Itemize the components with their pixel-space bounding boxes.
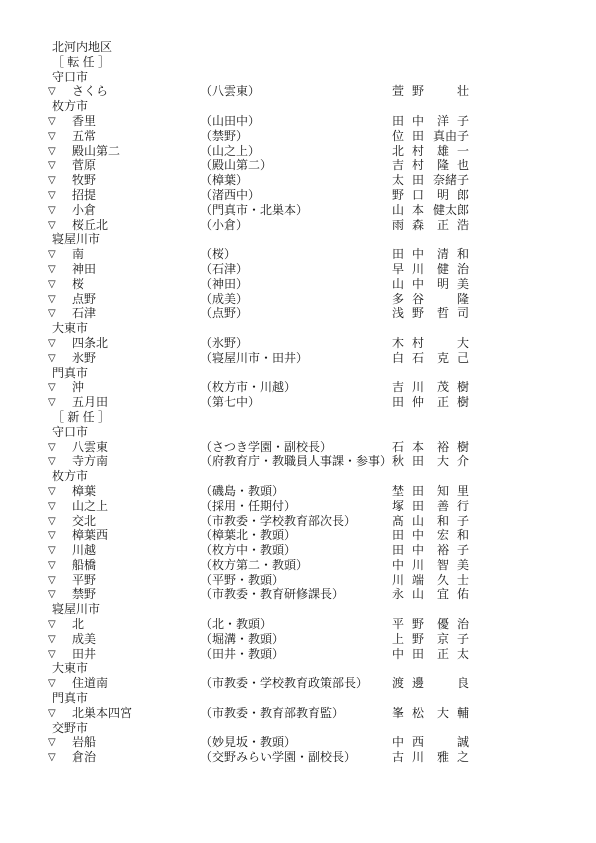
given-name-char: 正 xyxy=(437,218,449,233)
given-name-char: 治 xyxy=(457,262,469,277)
triangle-marker: ▽ xyxy=(48,85,56,98)
triangle-marker: ▽ xyxy=(48,515,56,528)
given-name: 洋子 xyxy=(437,114,469,129)
family-name-char: 村 xyxy=(412,158,424,173)
given-name-char: 一 xyxy=(457,144,469,159)
given-name-char: 洋 xyxy=(437,114,449,129)
person-name: 峯松大輔 xyxy=(392,706,469,721)
given-name-char: 由 xyxy=(445,129,457,144)
family-name-char: 早 xyxy=(392,262,404,277)
transfer-row: ▽四条北（氷野）木村大 xyxy=(0,336,596,351)
transfer-row: ▽氷野（寝屋川市・田井）白石克己 xyxy=(0,351,596,366)
family-name: 吉村 xyxy=(392,158,424,173)
person-name: 渡邊良 xyxy=(392,676,469,691)
family-name: 山本 xyxy=(392,203,424,218)
previous-post: （八雲東） xyxy=(200,84,260,99)
given-name: 智美 xyxy=(437,558,469,573)
transfer-row: ▽神田（石津）早川健治 xyxy=(0,262,596,277)
given-name-char: 子 xyxy=(457,514,469,529)
previous-post: （寝屋川市・田井） xyxy=(200,351,308,366)
given-name: 奈緒子 xyxy=(433,173,469,188)
region-title: 北河内地区 xyxy=(0,40,596,55)
previous-post: （交野みらい学園・副校長） xyxy=(200,750,356,765)
triangle-marker: ▽ xyxy=(48,307,56,320)
previous-post: （市教委・学校教育部次長） xyxy=(200,514,356,529)
family-name-char: 田 xyxy=(412,173,424,188)
given-name: 健治 xyxy=(437,262,469,277)
given-name: 雄一 xyxy=(437,144,469,159)
family-name-char: 田 xyxy=(412,499,424,514)
triangle-marker: ▽ xyxy=(48,588,56,601)
family-name: 峯松 xyxy=(392,706,424,721)
school-name: 岩船 xyxy=(72,735,96,750)
triangle-marker: ▽ xyxy=(48,263,56,276)
transfer-row: ▽寺方南（府教育庁・教職員人事課・参事）秋田大介 xyxy=(0,454,596,469)
given-name-char: 浩 xyxy=(457,218,469,233)
city-header: 門真市 xyxy=(0,366,596,381)
given-name: 哲司 xyxy=(437,306,469,321)
family-name-char: 端 xyxy=(412,573,424,588)
triangle-marker: ▽ xyxy=(48,130,56,143)
family-name-char: 浅 xyxy=(392,306,404,321)
given-name: 正浩 xyxy=(437,218,469,233)
city-header: 門真市 xyxy=(0,691,596,706)
person-name: 田中清和 xyxy=(392,247,469,262)
transfer-row: ▽五常（禁野）位田真由子 xyxy=(0,129,596,144)
person-name: 川端久士 xyxy=(392,573,469,588)
given-name-char: 和 xyxy=(457,528,469,543)
family-name: 上野 xyxy=(392,632,424,647)
previous-post: （石津） xyxy=(200,262,248,277)
family-name-char: 邊 xyxy=(412,676,424,691)
family-name-char: 田 xyxy=(392,395,404,410)
person-name: 古川雅之 xyxy=(392,750,469,765)
person-name: 中西誠 xyxy=(392,735,469,750)
family-name: 白石 xyxy=(392,351,424,366)
triangle-marker: ▽ xyxy=(48,500,56,513)
triangle-marker: ▽ xyxy=(48,248,56,261)
family-name-char: 木 xyxy=(392,336,404,351)
given-name-char: 樹 xyxy=(457,440,469,455)
given-name-char: 茂 xyxy=(437,380,449,395)
section-header: ［ 転 任 ］ xyxy=(0,55,596,70)
given-name: 隆 xyxy=(437,292,469,307)
person-name: 多谷隆 xyxy=(392,292,469,307)
school-name: 香里 xyxy=(72,114,96,129)
given-name: 清和 xyxy=(437,247,469,262)
family-name-char: 中 xyxy=(412,114,424,129)
given-name-char: 健 xyxy=(437,262,449,277)
person-name: 中川智美 xyxy=(392,558,469,573)
family-name-char: 山 xyxy=(412,514,424,529)
transfer-row: ▽牧野（樟葉）太田奈緒子 xyxy=(0,173,596,188)
previous-post: （枚方中・教頭） xyxy=(200,543,296,558)
family-name-char: 北 xyxy=(392,144,404,159)
given-name: 大輔 xyxy=(437,706,469,721)
previous-post: （氷野） xyxy=(200,336,248,351)
family-name-char: 仲 xyxy=(412,395,424,410)
family-name-char: 松 xyxy=(412,706,424,721)
school-name: 点野 xyxy=(72,292,96,307)
family-name-char: 山 xyxy=(412,587,424,602)
school-name: 南 xyxy=(72,247,84,262)
given-name: 裕子 xyxy=(437,543,469,558)
family-name: 多谷 xyxy=(392,292,424,307)
family-name: 吉川 xyxy=(392,380,424,395)
given-name-char: 大 xyxy=(437,454,449,469)
given-name-char: 司 xyxy=(457,306,469,321)
city-header: 大東市 xyxy=(0,321,596,336)
person-name: 田中宏和 xyxy=(392,528,469,543)
school-name: 川越 xyxy=(72,543,96,558)
family-name-char: 位 xyxy=(392,129,404,144)
given-name-char: 壮 xyxy=(457,84,469,99)
triangle-marker: ▽ xyxy=(48,736,56,749)
given-name-char: 宏 xyxy=(437,528,449,543)
given-name-char: 隆 xyxy=(457,292,469,307)
previous-post: （渚西中） xyxy=(200,188,260,203)
family-name-char: 渡 xyxy=(392,676,404,691)
triangle-marker: ▽ xyxy=(48,633,56,646)
given-name-char: 太 xyxy=(457,647,469,662)
transfer-row: ▽北巣本四宮（市教委・教育部教育監）峯松大輔 xyxy=(0,706,596,721)
school-name: 平野 xyxy=(72,573,96,588)
school-name: 桜 xyxy=(72,277,84,292)
family-name: 中西 xyxy=(392,735,424,750)
family-name: 田仲 xyxy=(392,395,424,410)
school-name: 樟葉西 xyxy=(72,528,108,543)
school-name: 成美 xyxy=(72,632,96,647)
triangle-marker: ▽ xyxy=(48,485,56,498)
triangle-marker: ▽ xyxy=(48,574,56,587)
family-name: 塚田 xyxy=(392,499,424,514)
given-name: 宜佑 xyxy=(437,587,469,602)
school-name: 禁野 xyxy=(72,587,96,602)
given-name: 正樹 xyxy=(437,395,469,410)
family-name-char: 口 xyxy=(412,188,424,203)
family-name: 萱野 xyxy=(392,84,424,99)
family-name-char: 中 xyxy=(392,558,404,573)
family-name-char: 本 xyxy=(412,203,424,218)
transfer-row: ▽桜丘北（小倉）雨森正浩 xyxy=(0,218,596,233)
family-name-char: 埜 xyxy=(392,484,404,499)
person-name: 浅野哲司 xyxy=(392,306,469,321)
school-name: 田井 xyxy=(72,647,96,662)
family-name-char: 中 xyxy=(412,247,424,262)
school-name: さくら xyxy=(72,84,108,99)
triangle-marker: ▽ xyxy=(48,159,56,172)
person-name: 永山宜佑 xyxy=(392,587,469,602)
person-name: 位田真由子 xyxy=(392,129,469,144)
previous-post: （枚方第二・教頭） xyxy=(200,558,308,573)
given-name: 京子 xyxy=(437,632,469,647)
family-name-char: 田 xyxy=(412,454,424,469)
given-name: 大 xyxy=(437,336,469,351)
family-name-char: 田 xyxy=(392,543,404,558)
given-name-char: 明 xyxy=(437,188,449,203)
transfer-row: ▽田井（田井・教頭）中田正太 xyxy=(0,647,596,662)
person-name: 吉川茂樹 xyxy=(392,380,469,395)
given-name-char: 知 xyxy=(437,484,449,499)
given-name-char: 里 xyxy=(457,484,469,499)
given-name: 知里 xyxy=(437,484,469,499)
family-name-char: 中 xyxy=(392,735,404,750)
given-name: 隆也 xyxy=(437,158,469,173)
school-name: 四条北 xyxy=(72,336,108,351)
family-name-char: 吉 xyxy=(392,380,404,395)
family-name-char: 永 xyxy=(392,587,404,602)
family-name: 秋田 xyxy=(392,454,424,469)
family-name-char: 野 xyxy=(412,306,424,321)
given-name: 大介 xyxy=(437,454,469,469)
document-page: 北河内地区［ 転 任 ］守口市▽さくら（八雲東）萱野壮枚方市▽香里（山田中）田中… xyxy=(0,0,596,843)
triangle-marker: ▽ xyxy=(48,352,56,365)
transfer-row: ▽交北（市教委・学校教育部次長）髙山和子 xyxy=(0,514,596,529)
city-header: 守口市 xyxy=(0,425,596,440)
given-name-char: 清 xyxy=(437,247,449,262)
family-name-char: 萱 xyxy=(392,84,404,99)
person-name: 吉村隆也 xyxy=(392,158,469,173)
given-name-char: 子 xyxy=(457,129,469,144)
family-name: 位田 xyxy=(392,129,424,144)
city-header: 交野市 xyxy=(0,721,596,736)
previous-post: （殿山第二） xyxy=(200,158,272,173)
person-name: 木村大 xyxy=(392,336,469,351)
previous-post: （堀溝・教頭） xyxy=(200,632,284,647)
triangle-marker: ▽ xyxy=(48,145,56,158)
family-name: 田中 xyxy=(392,528,424,543)
given-name-char: 美 xyxy=(457,558,469,573)
school-name: 小倉 xyxy=(72,203,96,218)
triangle-marker: ▽ xyxy=(48,219,56,232)
family-name-char: 本 xyxy=(412,440,424,455)
school-name: 菅原 xyxy=(72,158,96,173)
city-header: 枚方市 xyxy=(0,469,596,484)
family-name-char: 太 xyxy=(392,173,404,188)
family-name: 早川 xyxy=(392,262,424,277)
family-name: 木村 xyxy=(392,336,424,351)
family-name: 川端 xyxy=(392,573,424,588)
family-name-char: 谷 xyxy=(412,292,424,307)
given-name-char: 郎 xyxy=(457,188,469,203)
previous-post: （第七中） xyxy=(200,395,260,410)
family-name: 田中 xyxy=(392,114,424,129)
transfer-row: ▽倉治（交野みらい学園・副校長）古川雅之 xyxy=(0,750,596,765)
previous-post: （田井・教頭） xyxy=(200,647,284,662)
school-name: 五月田 xyxy=(72,395,108,410)
family-name-char: 中 xyxy=(412,277,424,292)
family-name-char: 野 xyxy=(412,632,424,647)
given-name-char: 真 xyxy=(433,129,445,144)
given-name-char: 樹 xyxy=(457,395,469,410)
transfer-row: ▽沖（枚方市・川越）吉川茂樹 xyxy=(0,380,596,395)
person-name: 雨森正浩 xyxy=(392,218,469,233)
previous-post: （さつき学園・副校長） xyxy=(200,440,332,455)
school-name: 氷野 xyxy=(72,351,96,366)
triangle-marker: ▽ xyxy=(48,204,56,217)
family-name-char: 田 xyxy=(412,647,424,662)
family-name-char: 田 xyxy=(392,114,404,129)
school-name: 寺方南 xyxy=(72,454,108,469)
transfer-row: ▽北（北・教頭）平野優治 xyxy=(0,617,596,632)
given-name-char: 輔 xyxy=(457,706,469,721)
family-name: 太田 xyxy=(392,173,424,188)
triangle-marker: ▽ xyxy=(48,677,56,690)
given-name: 明郎 xyxy=(437,188,469,203)
school-name: 山之上 xyxy=(72,499,108,514)
given-name-char: 正 xyxy=(437,395,449,410)
transfer-row: ▽船橋（枚方第二・教頭）中川智美 xyxy=(0,558,596,573)
triangle-marker: ▽ xyxy=(48,648,56,661)
school-name: 五常 xyxy=(72,129,96,144)
school-name: 神田 xyxy=(72,262,96,277)
transfer-row: ▽点野（成美）多谷隆 xyxy=(0,292,596,307)
family-name-char: 野 xyxy=(412,84,424,99)
given-name: 正太 xyxy=(437,647,469,662)
given-name: 和子 xyxy=(437,514,469,529)
transfer-row: ▽山之上（採用・任期付）塚田善行 xyxy=(0,499,596,514)
family-name: 埜田 xyxy=(392,484,424,499)
triangle-marker: ▽ xyxy=(48,396,56,409)
given-name-char: 也 xyxy=(457,158,469,173)
given-name: 優治 xyxy=(437,617,469,632)
previous-post: （市教委・教育研修課長） xyxy=(200,587,344,602)
person-name: 田中洋子 xyxy=(392,114,469,129)
person-name: 白石克己 xyxy=(392,351,469,366)
transfer-row: ▽小倉（門真市・北巣本）山本健太郎 xyxy=(0,203,596,218)
family-name-char: 石 xyxy=(392,440,404,455)
transfer-row: ▽成美（堀溝・教頭）上野京子 xyxy=(0,632,596,647)
triangle-marker: ▽ xyxy=(48,707,56,720)
transfer-row: ▽南（桜）田中清和 xyxy=(0,247,596,262)
triangle-marker: ▽ xyxy=(48,559,56,572)
person-name: 野口明郎 xyxy=(392,188,469,203)
family-name-char: 白 xyxy=(392,351,404,366)
family-name-char: 西 xyxy=(412,735,424,750)
given-name-char: 治 xyxy=(457,617,469,632)
school-name: 沖 xyxy=(72,380,84,395)
person-name: 萱野壮 xyxy=(392,84,469,99)
triangle-marker: ▽ xyxy=(48,115,56,128)
previous-post: （採用・任期付） xyxy=(200,499,296,514)
city-header: 大東市 xyxy=(0,661,596,676)
given-name: 善行 xyxy=(437,499,469,514)
previous-post: （小倉） xyxy=(200,218,248,233)
family-name-char: 古 xyxy=(392,750,404,765)
previous-post: （樟葉北・教頭） xyxy=(200,528,296,543)
given-name-char: 智 xyxy=(437,558,449,573)
school-name: 北巣本四宮 xyxy=(72,706,132,721)
previous-post: （山田中） xyxy=(200,114,260,129)
family-name-char: 秋 xyxy=(392,454,404,469)
given-name-char: 裕 xyxy=(437,543,449,558)
given-name-char: 雅 xyxy=(437,750,449,765)
given-name: 克己 xyxy=(437,351,469,366)
person-name: 上野京子 xyxy=(392,632,469,647)
family-name-char: 山 xyxy=(392,277,404,292)
given-name-char: 優 xyxy=(437,617,449,632)
family-name-char: 森 xyxy=(412,218,424,233)
person-name: 塚田善行 xyxy=(392,499,469,514)
transfer-row: ▽八雲東（さつき学園・副校長）石本裕樹 xyxy=(0,440,596,455)
given-name-char: 郎 xyxy=(457,203,469,218)
given-name-char: 正 xyxy=(437,647,449,662)
transfer-row: ▽五月田（第七中）田仲正樹 xyxy=(0,395,596,410)
family-name: 雨森 xyxy=(392,218,424,233)
family-name-char: 塚 xyxy=(392,499,404,514)
school-name: 桜丘北 xyxy=(72,218,108,233)
transfer-row: ▽菅原（殿山第二）吉村隆也 xyxy=(0,158,596,173)
family-name-char: 中 xyxy=(412,528,424,543)
given-name-char: 己 xyxy=(457,351,469,366)
person-name: 秋田大介 xyxy=(392,454,469,469)
given-name-char: 隆 xyxy=(437,158,449,173)
given-name-char: 哲 xyxy=(437,306,449,321)
given-name-char: 克 xyxy=(437,351,449,366)
given-name: 茂樹 xyxy=(437,380,469,395)
previous-post: （神田） xyxy=(200,277,248,292)
family-name-char: 吉 xyxy=(392,158,404,173)
person-name: 田中裕子 xyxy=(392,543,469,558)
given-name: 良 xyxy=(437,676,469,691)
transfer-row: ▽禁野（市教委・教育研修課長）永山宜佑 xyxy=(0,587,596,602)
family-name-char: 石 xyxy=(412,351,424,366)
previous-post: （樟葉） xyxy=(200,173,248,188)
school-name: 石津 xyxy=(72,306,96,321)
family-name-char: 野 xyxy=(392,188,404,203)
person-name: 山本健太郎 xyxy=(392,203,469,218)
person-name: 太田奈緒子 xyxy=(392,173,469,188)
given-name-char: 京 xyxy=(437,632,449,647)
triangle-marker: ▽ xyxy=(48,544,56,557)
family-name-char: 山 xyxy=(392,203,404,218)
given-name: 健太郎 xyxy=(433,203,469,218)
school-name: 倉治 xyxy=(72,750,96,765)
given-name-char: 佑 xyxy=(457,587,469,602)
family-name-char: 村 xyxy=(412,144,424,159)
person-name: 石本裕樹 xyxy=(392,440,469,455)
given-name-char: 介 xyxy=(457,454,469,469)
city-header: 守口市 xyxy=(0,70,596,85)
given-name-char: 子 xyxy=(457,543,469,558)
given-name-char: 美 xyxy=(457,277,469,292)
section-header: ［ 新 任 ］ xyxy=(0,410,596,425)
given-name-char: 宜 xyxy=(437,587,449,602)
given-name: 誠 xyxy=(437,735,469,750)
family-name: 髙山 xyxy=(392,514,424,529)
person-name: 中田正太 xyxy=(392,647,469,662)
family-name-char: 川 xyxy=(412,558,424,573)
family-name-char: 髙 xyxy=(392,514,404,529)
school-name: 牧野 xyxy=(72,173,96,188)
family-name: 永山 xyxy=(392,587,424,602)
transfer-row: ▽岩船（妙見坂・教頭）中西誠 xyxy=(0,735,596,750)
given-name: 明美 xyxy=(437,277,469,292)
family-name-char: 多 xyxy=(392,292,404,307)
given-name-char: 健 xyxy=(433,203,445,218)
given-name-char: 子 xyxy=(457,173,469,188)
transfer-row: ▽平野（平野・教頭）川端久士 xyxy=(0,573,596,588)
school-name: 住道南 xyxy=(72,676,108,691)
given-name: 宏和 xyxy=(437,528,469,543)
triangle-marker: ▽ xyxy=(48,455,56,468)
family-name: 田中 xyxy=(392,247,424,262)
triangle-marker: ▽ xyxy=(48,278,56,291)
given-name-char: 明 xyxy=(437,277,449,292)
transfer-row: ▽殿山第二（山之上）北村雄一 xyxy=(0,144,596,159)
transfer-row: ▽樟葉西（樟葉北・教頭）田中宏和 xyxy=(0,528,596,543)
family-name: 山中 xyxy=(392,277,424,292)
